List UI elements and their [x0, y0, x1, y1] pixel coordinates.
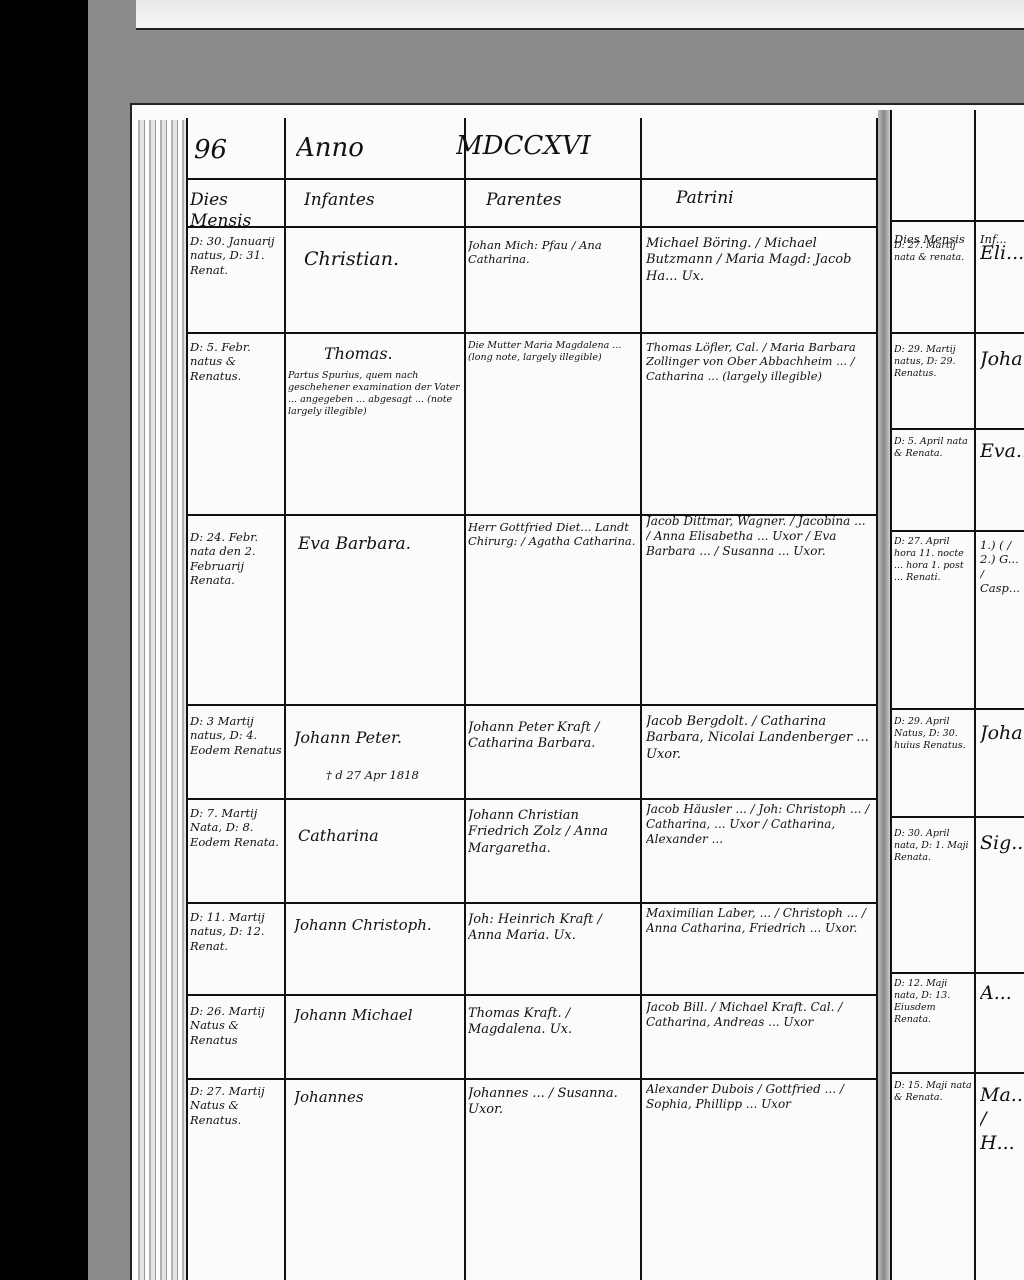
rule-left: [186, 118, 188, 1280]
entry-5-parents: Johann Christian Friedrich Zolz / Anna M…: [468, 808, 636, 857]
rule-row-1: [186, 332, 878, 334]
entry-5-infant: Catharina: [298, 826, 458, 846]
facing-entry-8-date: D: 15. Maji nata & Renata.: [894, 1080, 972, 1104]
facing-entry-7-date: D: 12. Maji nata, D: 13. Eiusdem Renata.: [894, 978, 972, 1026]
entry-8-parents: Johannes ... / Susanna. Uxor.: [468, 1086, 636, 1119]
entry-4-godparents: Jacob Bergdolt. / Catharina Barbara, Nic…: [646, 714, 872, 763]
entry-7-date: D: 26. Martij Natus & Renatus: [190, 1004, 282, 1047]
entry-2-infant: Thomas.: [324, 344, 454, 364]
entry-4-parents: Johann Peter Kraft / Catharina Barbara.: [468, 720, 636, 753]
header-parentes: Parentes: [486, 190, 636, 211]
facing-entry-5-date: D: 29. April Natus, D: 30. huius Renatus…: [894, 716, 972, 752]
facing-rule-3: [890, 530, 1024, 532]
entry-2-date: D: 5. Febr. natus & Renatus.: [190, 340, 282, 383]
rule-title: [186, 178, 878, 180]
page-number: 96: [194, 134, 282, 167]
rule-right: [876, 118, 878, 1280]
register-table: 96 Anno MDCCXVI Dies Mensis Infantes Par…: [186, 118, 878, 1280]
anno-heading: Anno: [296, 132, 456, 165]
entry-1-date: D: 30. Januarij natus, D: 31. Renat.: [190, 234, 282, 277]
entry-3-infant: Eva Barbara.: [298, 534, 458, 555]
facing-rule-5: [890, 816, 1024, 818]
rule-date-infant: [284, 118, 286, 1280]
rule-row-7: [186, 1078, 878, 1080]
entry-7-infant: Johann Michael: [294, 1006, 460, 1025]
rule-infant-parents: [464, 118, 466, 1280]
facing-rule-7: [890, 1072, 1024, 1074]
entry-7-parents: Thomas Kraft. / Magdalena. Ux.: [468, 1006, 636, 1039]
page-gutter: [878, 110, 890, 1280]
entry-6-date: D: 11. Martij natus, D: 12. Renat.: [190, 910, 282, 953]
facing-rule-header: [890, 220, 1024, 222]
entry-3-godparents: Jacob Dittmar, Wagner. / Jacobina ... / …: [646, 514, 872, 700]
facing-entry-5-infant: Joha...: [980, 722, 1024, 746]
facing-entry-4-infant: 1.) ( / 2.) G... / Casp...: [980, 538, 1024, 596]
facing-entry-1-date: D: 27. Martij nata & renata.: [894, 240, 972, 264]
facing-entry-8-infant: Ma... / H...: [980, 1084, 1024, 1155]
facing-entry-6-date: D: 30. April nata, D: 1. Maji Renata.: [894, 828, 972, 864]
entry-4-infant: Johann Peter.: [294, 728, 460, 748]
entry-5-date: D: 7. Martij Nata, D: 8. Eodem Renata.: [190, 806, 282, 849]
facing-entry-3-infant: Eva...: [980, 440, 1024, 464]
header-patrini: Patrini: [676, 188, 866, 209]
rule-header: [186, 226, 878, 228]
facing-entry-2-infant: Joha...: [980, 348, 1024, 372]
facing-entry-3-date: D: 5. April nata & Renata.: [894, 436, 972, 460]
facing-entry-1-infant: Eli...: [980, 242, 1024, 266]
entry-8-infant: Johannes: [294, 1088, 460, 1107]
previous-page-edge: [136, 0, 1024, 30]
facing-rule-2: [890, 428, 1024, 430]
header-dies-mensis: Dies Mensis: [190, 190, 282, 233]
facing-entry-4-date: D: 27. April hora 11. nocte ... hora 1. …: [894, 536, 972, 584]
facing-rule-1: [890, 332, 1024, 334]
entry-6-godparents: Maximilian Laber, ... / Christoph ... / …: [646, 906, 872, 936]
entry-4-date: D: 3 Martij natus, D: 4. Eodem Renatus: [190, 714, 282, 757]
entry-8-godparents: Alexander Dubois / Gottfried ... / Sophi…: [646, 1082, 872, 1112]
entry-4-death-note: † d 27 Apr 1818: [326, 768, 456, 782]
header-infantes: Infantes: [304, 190, 454, 211]
entry-2-godparents: Thomas Löfler, Cal. / Maria Barbara Zoll…: [646, 340, 872, 510]
entry-2-infant-note: Partus Spurius, quem nach geschehener ex…: [288, 370, 460, 500]
entry-7-godparents: Jacob Bill. / Michael Kraft. Cal. / Cath…: [646, 1000, 872, 1030]
scan-black-edge: [0, 0, 88, 1280]
facing-rule-date: [974, 110, 976, 1280]
facing-page: Dies Mensis Inf... D: 27. Martij nata & …: [890, 110, 1024, 1280]
rule-row-3: [186, 704, 878, 706]
facing-entry-7-infant: A...: [980, 982, 1024, 1006]
entry-1-parents: Johan Mich: Pfau / Ana Catharina.: [468, 238, 636, 267]
entry-3-date: D: 24. Febr. nata den 2. Februarij Renat…: [190, 530, 282, 588]
book-binding: [134, 120, 186, 1280]
facing-rule-6: [890, 972, 1024, 974]
entry-2-parents: Die Mutter Maria Magdalena ... (long not…: [468, 340, 636, 510]
entry-3-parents: Herr Gottfried Diet... Landt Chirurg: / …: [468, 520, 636, 549]
entry-6-parents: Joh: Heinrich Kraft / Anna Maria. Ux.: [468, 912, 636, 945]
entry-5-godparents: Jacob Häusler ... / Joh: Christoph ... /…: [646, 802, 872, 847]
rule-row-5: [186, 902, 878, 904]
entry-6-infant: Johann Christoph.: [294, 916, 460, 935]
facing-rule-4: [890, 708, 1024, 710]
rule-row-6: [186, 994, 878, 996]
facing-rule-left: [890, 110, 892, 1280]
entry-8-date: D: 27. Martij Natus & Renatus.: [190, 1084, 282, 1127]
entry-1-infant: Christian.: [304, 248, 459, 272]
year-heading: MDCCXVI: [456, 130, 696, 163]
rule-row-4: [186, 798, 878, 800]
facing-entry-2-date: D: 29. Martij natus, D: 29. Renatus.: [894, 344, 972, 380]
facing-entry-6-infant: Sig...: [980, 832, 1024, 856]
entry-1-godparents: Michael Böring. / Michael Butzmann / Mar…: [646, 236, 872, 285]
rule-parents-patrini: [640, 118, 642, 1280]
